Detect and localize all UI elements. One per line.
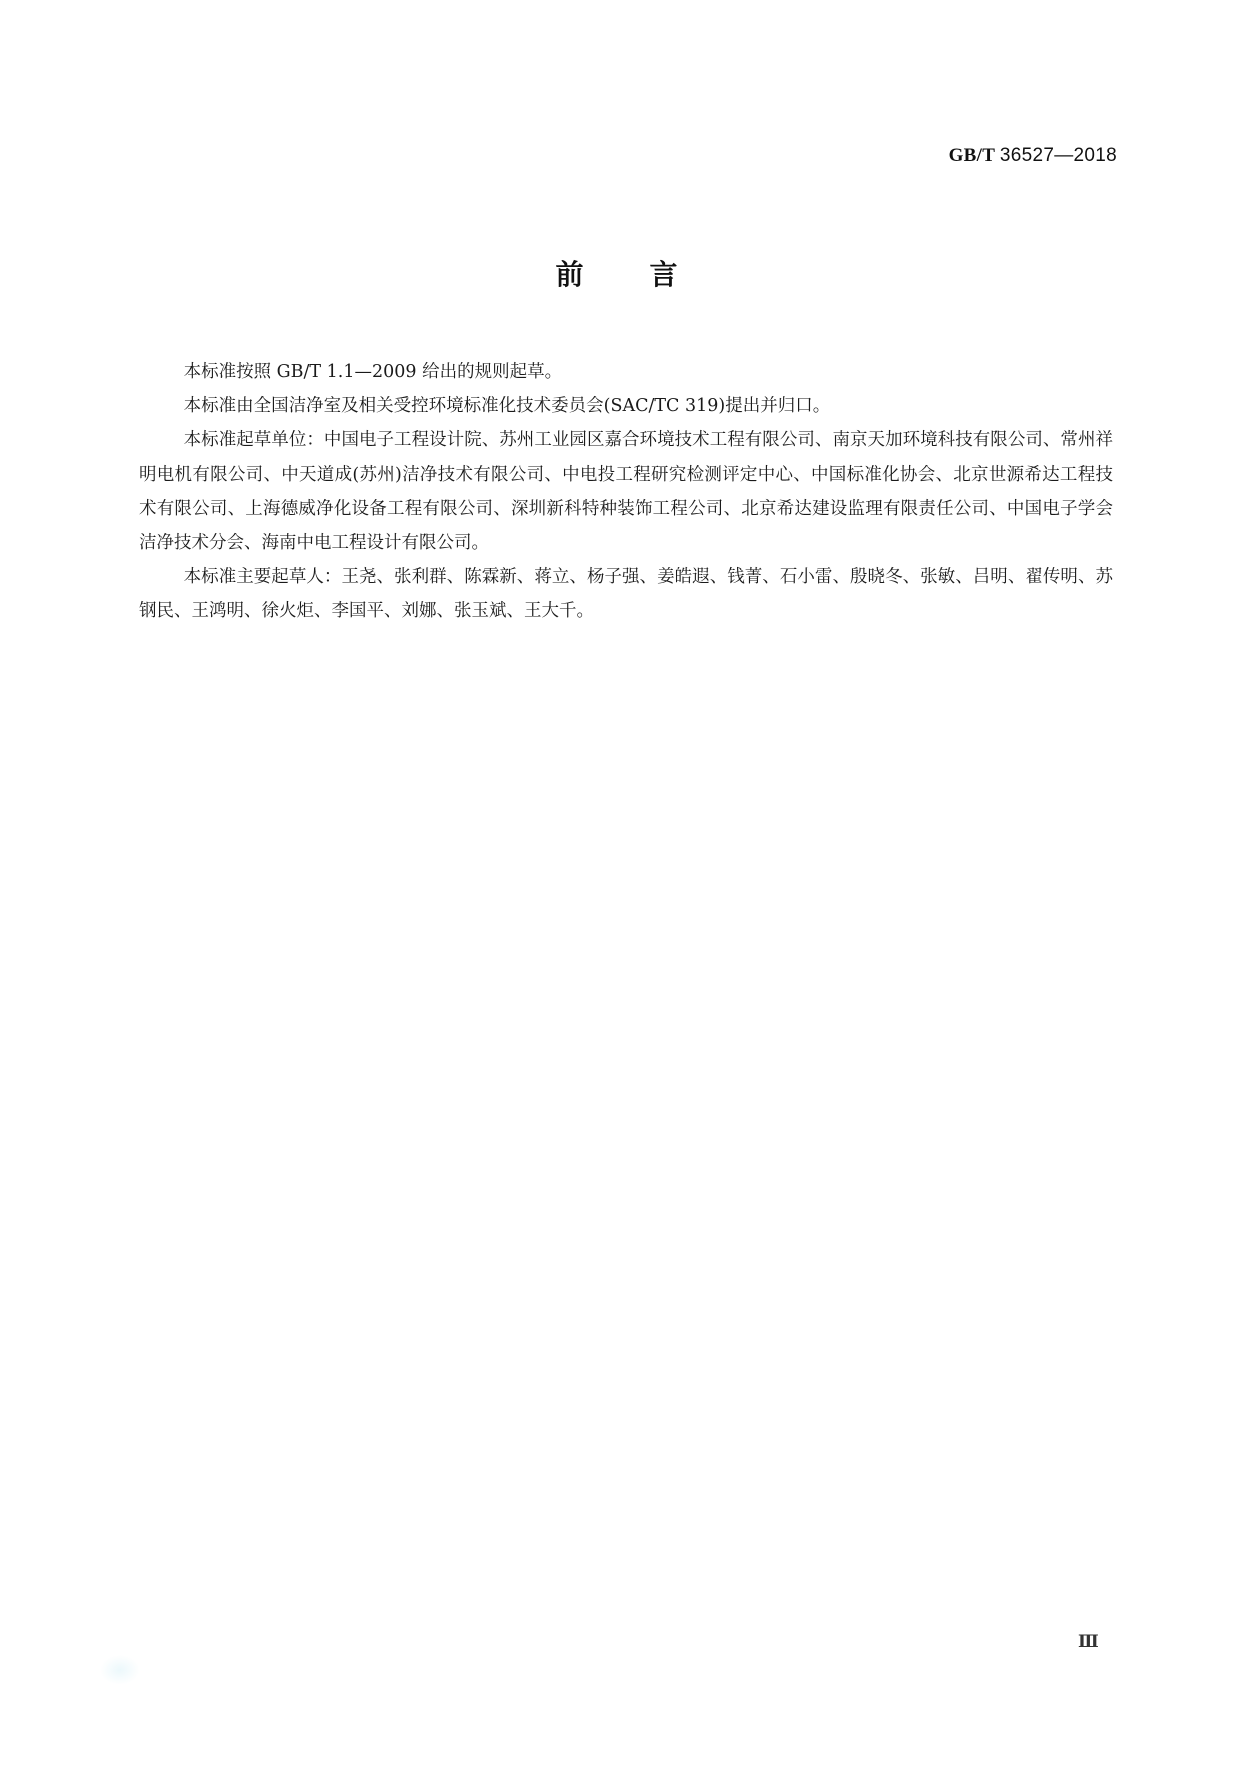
standard-code: 36527—2018	[1000, 145, 1117, 166]
standard-prefix: GB/T	[949, 145, 995, 166]
scan-artifact	[100, 1655, 140, 1685]
foreword-body: 本标准按照 GB/T 1.1—2009 给出的规则起草。 本标准由全国洁净室及相…	[139, 355, 1113, 629]
title-char-2: 言	[650, 253, 678, 293]
page-number: Ⅲ	[1078, 1632, 1099, 1652]
paragraph-drafting-units: 本标准起草单位：中国电子工程设计院、苏州工业园区嘉合环境技术工程有限公司、南京天…	[139, 423, 1113, 560]
paragraph-drafting-rules: 本标准按照 GB/T 1.1—2009 给出的规则起草。	[139, 355, 1113, 389]
standard-number: GB/T 36527—2018	[949, 145, 1117, 167]
page-title: 前言	[0, 253, 1233, 293]
paragraph-main-drafters: 本标准主要起草人：王尧、张利群、陈霖新、蒋立、杨子强、姜皓遐、钱菁、石小雷、殷晓…	[139, 560, 1113, 628]
title-char-1: 前	[555, 253, 583, 293]
paragraph-proposer: 本标准由全国洁净室及相关受控环境标准化技术委员会(SAC/TC 319)提出并归…	[139, 389, 1113, 423]
